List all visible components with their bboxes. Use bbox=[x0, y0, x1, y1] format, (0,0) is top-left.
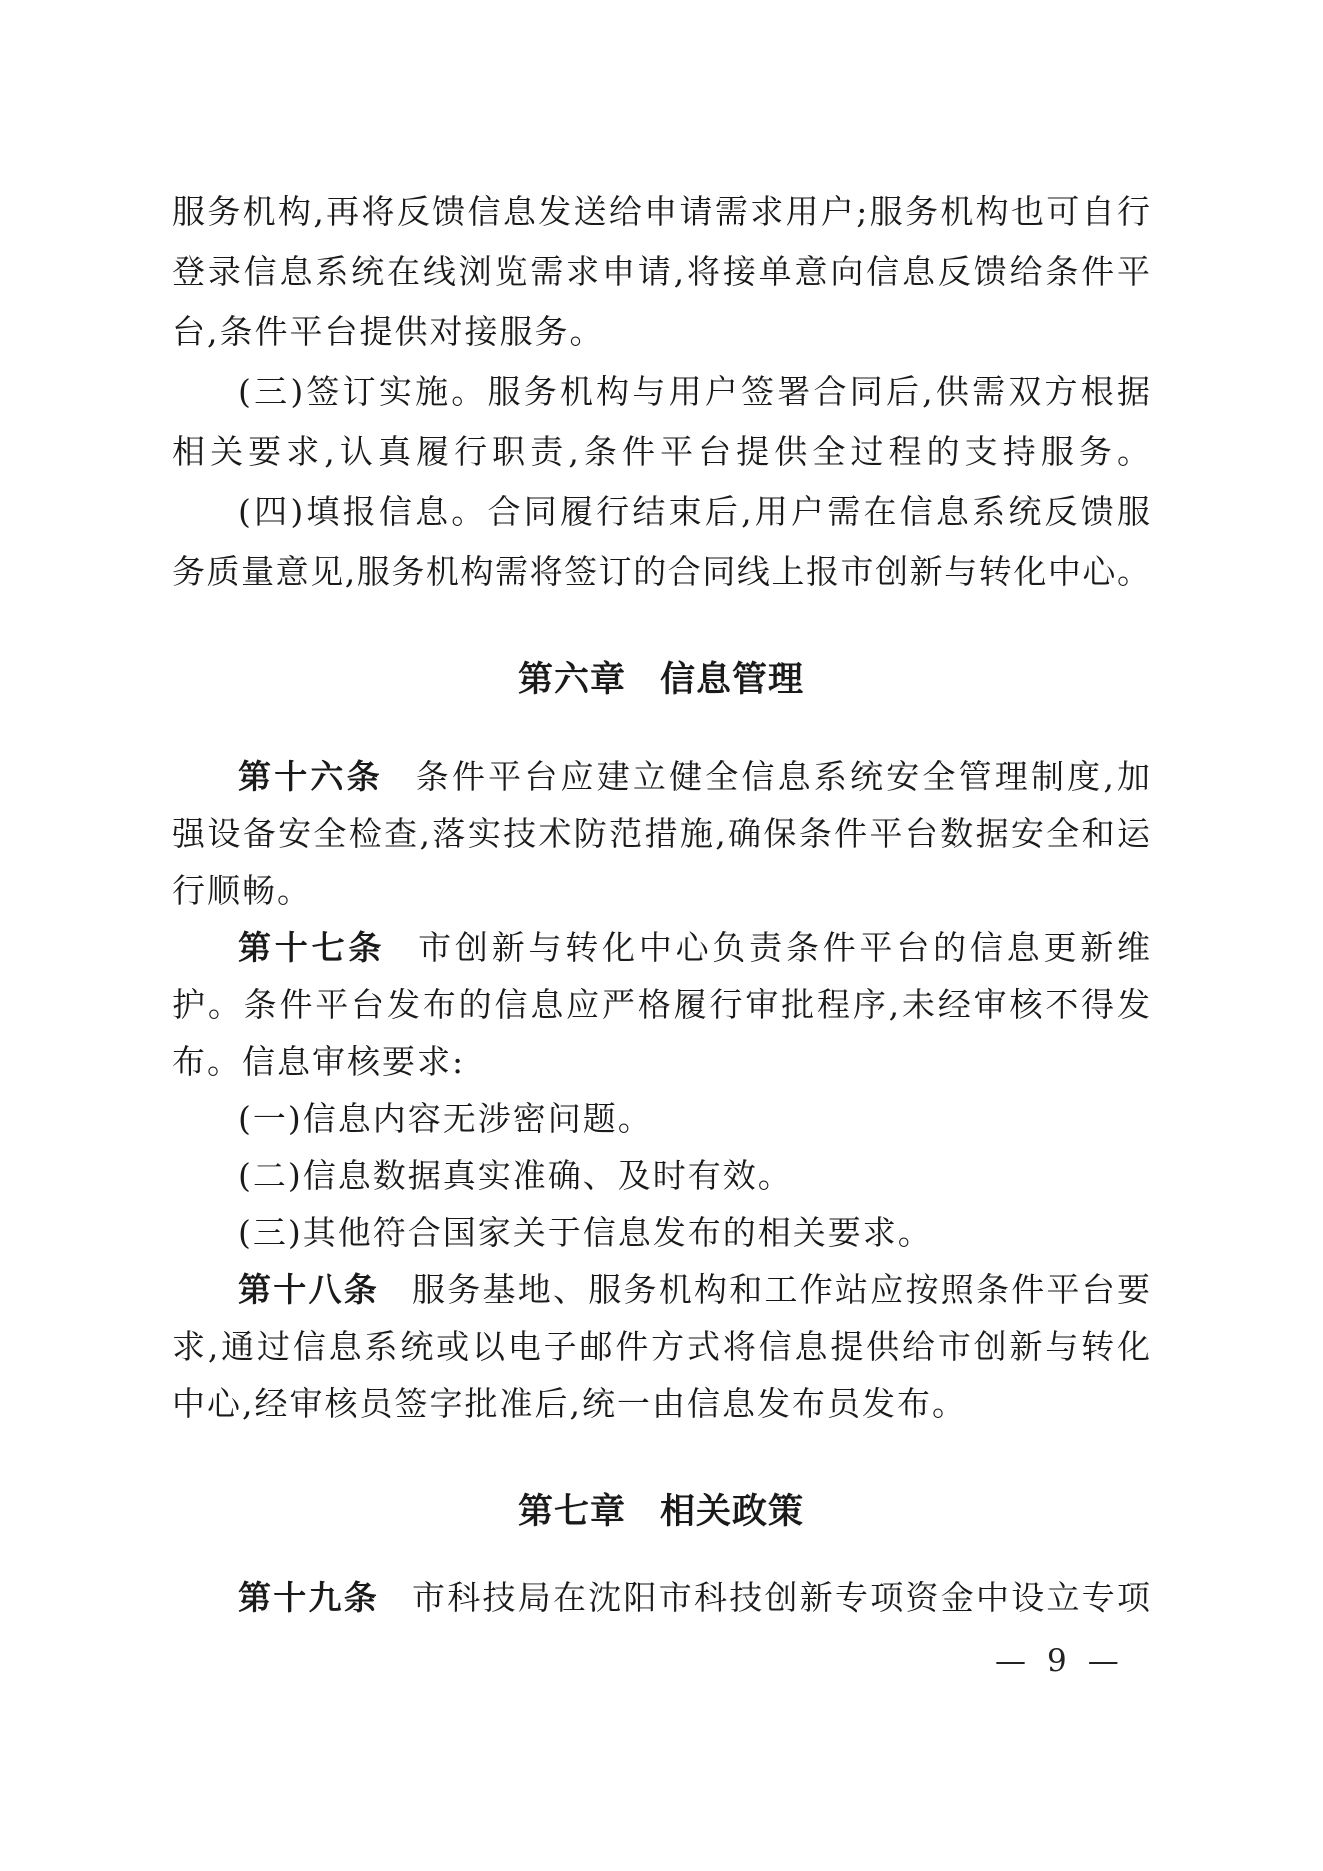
body-line: 务质量意见,服务机构需将签订的合同线上报市创新与转化中心。 bbox=[172, 542, 1150, 602]
body-line: 布。信息审核要求: bbox=[172, 1033, 1150, 1090]
article-number: 第十九条 bbox=[238, 1578, 379, 1617]
chapter-heading: 第六章信息管理 bbox=[172, 652, 1150, 709]
body-line: 中心,经审核员签字批准后,统一由信息发布员发布。 bbox=[172, 1375, 1150, 1432]
chapter-heading: 第七章相关政策 bbox=[172, 1484, 1150, 1541]
footer-dash-right: — bbox=[1088, 1643, 1119, 1679]
article-line: 第十八条服务基地、服务机构和工作站应按照条件平台要 bbox=[172, 1261, 1150, 1318]
text-column: 服务机构,再将反馈信息发送给申请需求用户;服务机构也可自行 登录信息系统在线浏览… bbox=[172, 182, 1150, 1626]
chapter-number: 第七章 bbox=[518, 1492, 626, 1532]
body-line: 护。条件平台发布的信息应严格履行审批程序,未经审核不得发 bbox=[172, 976, 1150, 1033]
chapter-number: 第六章 bbox=[518, 660, 626, 700]
list-item-line: (三)其他符合国家关于信息发布的相关要求。 bbox=[172, 1204, 1150, 1261]
article-number: 第十七条 bbox=[238, 928, 385, 967]
list-item-line: (四)填报信息。合同履行结束后,用户需在信息系统反馈服 bbox=[172, 482, 1150, 542]
footer-dash-left: — bbox=[995, 1643, 1026, 1679]
article-number: 第十八条 bbox=[238, 1270, 379, 1309]
article-text: 条件平台应建立健全信息系统安全管理制度,加 bbox=[416, 757, 1150, 796]
document-page: 服务机构,再将反馈信息发送给申请需求用户;服务机构也可自行 登录信息系统在线浏览… bbox=[0, 0, 1323, 1871]
article-number: 第十六条 bbox=[238, 757, 383, 796]
body-line: 登录信息系统在线浏览需求申请,将接单意向信息反馈给条件平 bbox=[172, 242, 1150, 302]
article-text: 服务基地、服务机构和工作站应按照条件平台要 bbox=[412, 1270, 1150, 1309]
article-text: 市创新与转化中心负责条件平台的信息更新维 bbox=[418, 928, 1150, 967]
list-item-line: (一)信息内容无涉密问题。 bbox=[172, 1090, 1150, 1147]
body-line: 强设备安全检查,落实技术防范措施,确保条件平台数据安全和运 bbox=[172, 805, 1150, 862]
paragraph-block: 第十九条市科技局在沈阳市科技创新专项资金中设立专项 bbox=[172, 1569, 1150, 1626]
chapter-title: 信息管理 bbox=[660, 660, 804, 700]
page-footer: — 9 — bbox=[995, 1643, 1119, 1679]
body-line: 相关要求,认真履行职责,条件平台提供全过程的支持服务。 bbox=[172, 422, 1150, 482]
article-line: 第十六条条件平台应建立健全信息系统安全管理制度,加 bbox=[172, 748, 1150, 805]
chapter-title: 相关政策 bbox=[660, 1492, 804, 1532]
body-line: 服务机构,再将反馈信息发送给申请需求用户;服务机构也可自行 bbox=[172, 182, 1150, 242]
article-line: 第十九条市科技局在沈阳市科技创新专项资金中设立专项 bbox=[172, 1569, 1150, 1626]
body-line: 行顺畅。 bbox=[172, 862, 1150, 919]
body-line: 求,通过信息系统或以电子邮件方式将信息提供给市创新与转化 bbox=[172, 1318, 1150, 1375]
article-line: 第十七条市创新与转化中心负责条件平台的信息更新维 bbox=[172, 919, 1150, 976]
body-line: 台,条件平台提供对接服务。 bbox=[172, 302, 1150, 362]
paragraph-block: 第十六条条件平台应建立健全信息系统安全管理制度,加 强设备安全检查,落实技术防范… bbox=[172, 748, 1150, 1432]
page-number: 9 bbox=[1047, 1643, 1067, 1679]
article-text: 市科技局在沈阳市科技创新专项资金中设立专项 bbox=[412, 1578, 1150, 1617]
list-item-line: (三)签订实施。服务机构与用户签署合同后,供需双方根据 bbox=[172, 362, 1150, 422]
paragraph-block: 服务机构,再将反馈信息发送给申请需求用户;服务机构也可自行 登录信息系统在线浏览… bbox=[172, 182, 1150, 602]
list-item-line: (二)信息数据真实准确、及时有效。 bbox=[172, 1147, 1150, 1204]
